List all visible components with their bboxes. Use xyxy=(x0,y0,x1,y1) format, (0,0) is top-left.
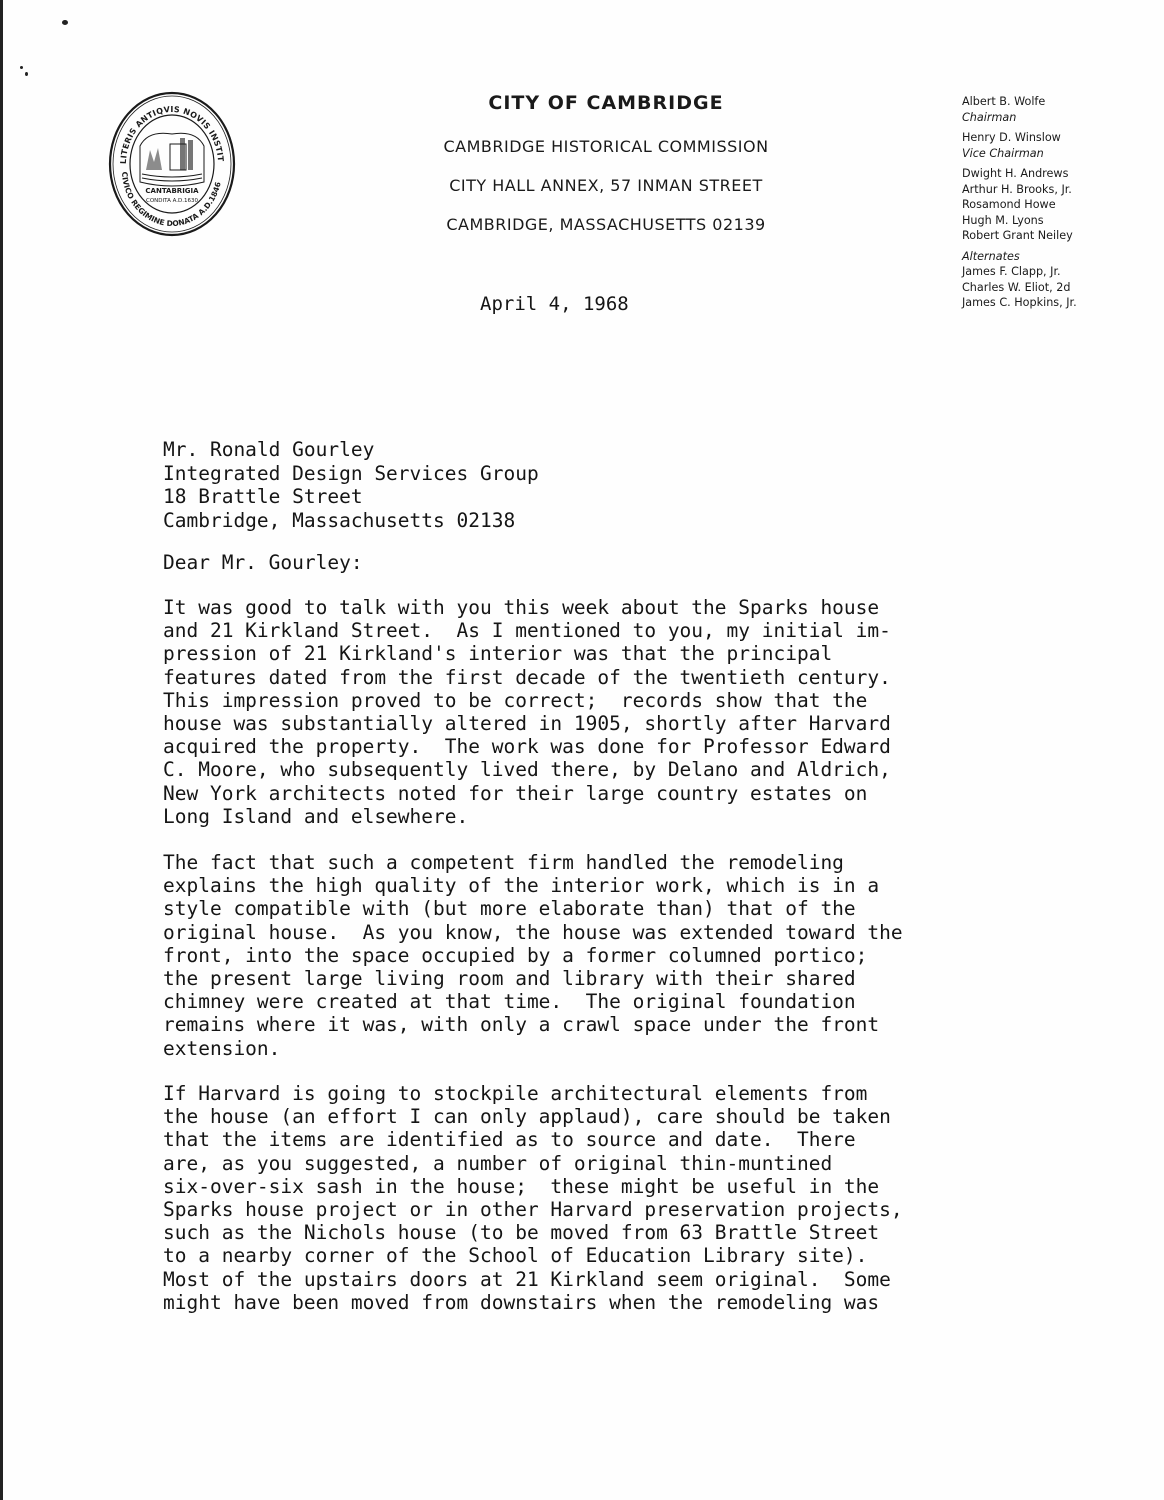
paragraph-line: The fact that such a competent firm hand… xyxy=(163,851,1043,874)
body-paragraph: If Harvard is going to stockpile archite… xyxy=(163,1082,1043,1314)
city-seal-icon: LITERIS ANTIQVIS NOVIS INSTITVTIS DECORA… xyxy=(108,90,236,238)
paragraph-line: are, as you suggested, a number of origi… xyxy=(163,1152,1043,1175)
paragraph-line: original house. As you know, the house w… xyxy=(163,921,1043,944)
paragraph-line: six-over-six sash in the house; these mi… xyxy=(163,1175,1043,1198)
scan-mark xyxy=(62,20,68,25)
paragraph-line: New York architects noted for their larg… xyxy=(163,782,1043,805)
alternates-label: Alternates xyxy=(962,249,1152,265)
paragraph-line: features dated from the first decade of … xyxy=(163,666,1043,689)
paragraph-line: house was substantially altered in 1905,… xyxy=(163,712,1043,735)
paragraph-line: Sparks house project or in other Harvard… xyxy=(163,1198,1043,1221)
commissioner-name: Rosamond Howe xyxy=(962,197,1152,213)
paragraph-line: the present large living room and librar… xyxy=(163,967,1043,990)
organization-name: CAMBRIDGE HISTORICAL COMMISSION xyxy=(380,137,832,156)
recipient-line: Mr. Ronald Gourley xyxy=(163,438,539,462)
paragraph-line: front, into the space occupied by a form… xyxy=(163,944,1043,967)
paragraph-line: might have been moved from downstairs wh… xyxy=(163,1291,1043,1314)
paragraph-line: Most of the upstairs doors at 21 Kirklan… xyxy=(163,1268,1043,1291)
paragraph-line: that the items are identified as to sour… xyxy=(163,1128,1043,1151)
scan-mark xyxy=(25,72,28,76)
alternate-name: James C. Hopkins, Jr. xyxy=(962,295,1152,311)
chairman-role: Chairman xyxy=(962,110,1152,126)
recipient-address: Mr. Ronald Gourley Integrated Design Ser… xyxy=(163,438,539,532)
recipient-line: Integrated Design Services Group xyxy=(163,462,539,486)
paragraph-line: pression of 21 Kirkland's interior was t… xyxy=(163,642,1043,665)
chairman-name: Albert B. Wolfe xyxy=(962,94,1152,110)
paragraph-line: chimney were created at that time. The o… xyxy=(163,990,1043,1013)
paragraph-line: explains the high quality of the interio… xyxy=(163,874,1043,897)
paragraph-line: to a nearby corner of the School of Educ… xyxy=(163,1244,1043,1267)
commissioner-name: Arthur H. Brooks, Jr. xyxy=(962,182,1152,198)
salutation: Dear Mr. Gourley: xyxy=(163,551,363,574)
alternate-name: James F. Clapp, Jr. xyxy=(962,264,1152,280)
commissioners-block: Dwight H. Andrews Arthur H. Brooks, Jr. … xyxy=(962,166,1152,244)
alternates-block: Alternates James F. Clapp, Jr. Charles W… xyxy=(962,249,1152,311)
paragraph-line: and 21 Kirkland Street. As I mentioned t… xyxy=(163,619,1043,642)
paragraph-line: the house (an effort I can only applaud)… xyxy=(163,1105,1043,1128)
paragraph-line: Long Island and elsewhere. xyxy=(163,805,1043,828)
paragraph-line: If Harvard is going to stockpile archite… xyxy=(163,1082,1043,1105)
letter-page: LITERIS ANTIQVIS NOVIS INSTITVTIS DECORA… xyxy=(0,0,1164,1500)
commissioner-name: Dwight H. Andrews xyxy=(962,166,1152,182)
paragraph-line: style compatible with (but more elaborat… xyxy=(163,897,1043,920)
commission-members: Albert B. Wolfe Chairman Henry D. Winslo… xyxy=(962,94,1152,316)
paragraph-line: such as the Nichols house (to be moved f… xyxy=(163,1221,1043,1244)
scan-edge xyxy=(0,0,3,1500)
body-paragraph: It was good to talk with you this week a… xyxy=(163,596,1043,828)
organization-address: CITY HALL ANNEX, 57 INMAN STREET xyxy=(380,176,832,195)
organization-city: CAMBRIDGE, MASSACHUSETTS 02139 xyxy=(380,215,832,234)
chairman-block: Albert B. Wolfe Chairman xyxy=(962,94,1152,125)
svg-text:LITERIS ANTIQVIS NOVIS INSTITV: LITERIS ANTIQVIS NOVIS INSTITVTIS DECORA xyxy=(108,90,225,164)
paragraph-line: acquired the property. The work was done… xyxy=(163,735,1043,758)
paragraph-line: remains where it was, with only a crawl … xyxy=(163,1013,1043,1036)
letterhead-title: CITY OF CAMBRIDGE xyxy=(380,92,832,114)
letter-date: April 4, 1968 xyxy=(480,293,629,315)
scan-mark xyxy=(20,66,23,69)
paragraph-line: extension. xyxy=(163,1037,1043,1060)
vice-chairman-name: Henry D. Winslow xyxy=(962,130,1152,146)
paragraph-line: This impression proved to be correct; re… xyxy=(163,689,1043,712)
vice-chairman-block: Henry D. Winslow Vice Chairman xyxy=(962,130,1152,161)
commissioner-name: Robert Grant Neiley xyxy=(962,228,1152,244)
svg-text:CONDITA A.D.1630: CONDITA A.D.1630 xyxy=(146,198,198,204)
body-paragraph: The fact that such a competent firm hand… xyxy=(163,851,1043,1060)
svg-text:CANTABRIGIA: CANTABRIGIA xyxy=(145,187,199,195)
recipient-line: 18 Brattle Street xyxy=(163,485,539,509)
alternate-name: Charles W. Eliot, 2d xyxy=(962,280,1152,296)
vice-chairman-role: Vice Chairman xyxy=(962,146,1152,162)
paragraph-line: C. Moore, who subsequently lived there, … xyxy=(163,758,1043,781)
commissioner-name: Hugh M. Lyons xyxy=(962,213,1152,229)
paragraph-line: It was good to talk with you this week a… xyxy=(163,596,1043,619)
recipient-line: Cambridge, Massachusetts 02138 xyxy=(163,509,539,533)
